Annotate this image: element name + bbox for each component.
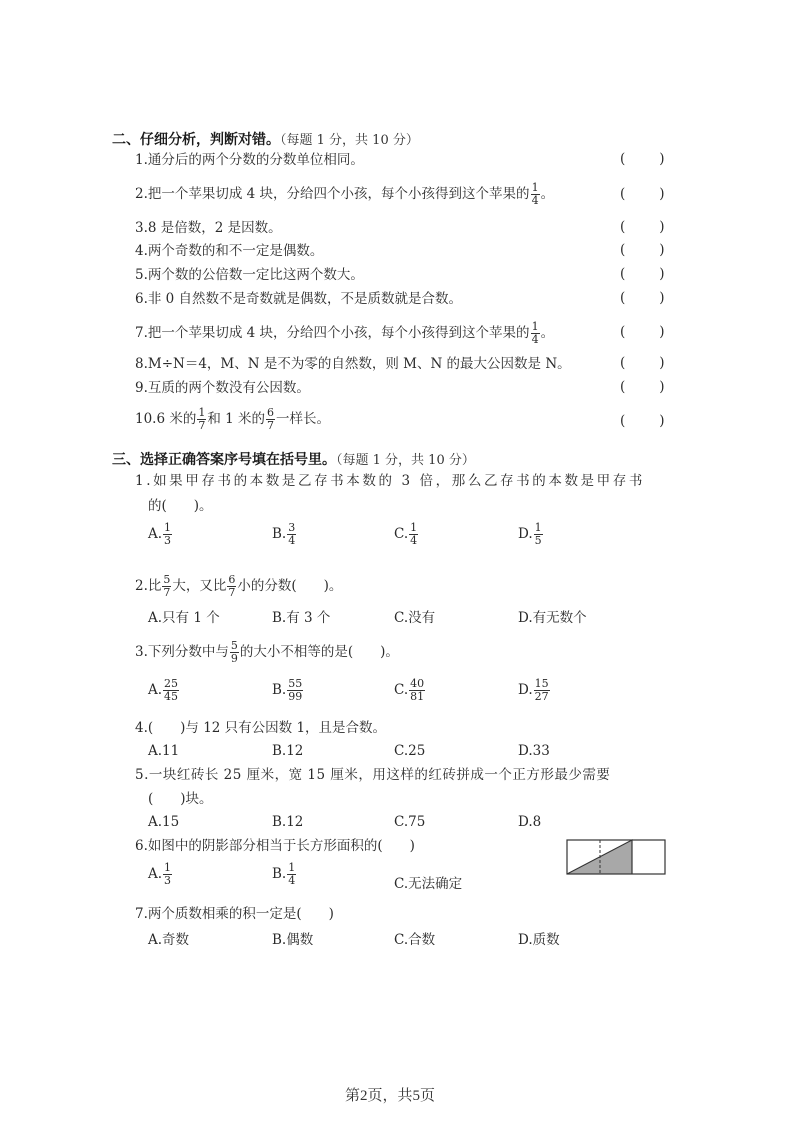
section-2-score-note: （每题 1 分，共 10 分） — [280, 133, 419, 148]
page-number: 第2页，共5页 — [345, 1084, 435, 1105]
q4-option-a[interactable]: A.11 — [148, 743, 179, 759]
judge-item-3: 3.8 是倍数，2 是因数。 — [135, 219, 282, 237]
section-3-title: 三、选择正确答案序号填在括号里。 — [112, 452, 336, 468]
item-text: 和 1 米的 — [207, 411, 265, 427]
numerator: 15 — [534, 678, 550, 690]
numerator: 6 — [227, 574, 236, 586]
numerator: 1 — [197, 407, 206, 419]
denominator: 7 — [227, 586, 236, 599]
item-text: 3.8 是倍数，2 是因数。 — [135, 220, 282, 236]
q3-option-b[interactable]: B.5599 — [272, 678, 304, 703]
numerator: 55 — [287, 678, 303, 690]
answer-blank-8[interactable]: () — [620, 355, 665, 371]
paren-close: ) — [659, 379, 664, 395]
item-text: 4.两个奇数的和不一定是偶数。 — [135, 243, 323, 259]
choice-question-3: 3.下列分数中与59的大小不相等的是( )。 — [135, 640, 399, 665]
option-label: B. — [272, 866, 286, 882]
judge-item-5: 5.两个数的公倍数一定比这两个数大。 — [135, 266, 364, 284]
paren-close: ) — [659, 151, 664, 167]
answer-blank-4[interactable]: () — [620, 242, 665, 258]
question-text: 的大小不相等的是( )。 — [240, 644, 399, 660]
q4-option-c[interactable]: C.25 — [394, 743, 425, 759]
q7-option-c[interactable]: C.合数 — [394, 928, 435, 948]
fraction: 5599 — [287, 678, 303, 703]
section-3-heading: 三、选择正确答案序号填在括号里。（每题 1 分，共 10 分） — [112, 449, 475, 469]
paren-close: ) — [659, 324, 664, 340]
q1-option-a[interactable]: A.13 — [148, 522, 173, 547]
paren-close: ) — [659, 219, 664, 235]
fraction: 14 — [287, 862, 296, 887]
judge-item-6: 6.非 0 自然数不是奇数就是偶数，不是质数就是合数。 — [135, 290, 462, 308]
denominator: 4 — [531, 194, 540, 207]
item-text: 。 — [541, 325, 555, 341]
fraction: 2545 — [163, 678, 179, 703]
question-text: 小的分数( )。 — [237, 578, 342, 594]
choice-question-5-cont: ( )块。 — [148, 790, 213, 808]
section-3-score-note: （每题 1 分，共 10 分） — [336, 453, 475, 468]
option-label: D. — [518, 682, 533, 698]
q6-option-c[interactable]: C.无法确定 — [394, 872, 462, 892]
item-text: 2.把一个苹果切成 4 块，分给四个小孩，每个小孩得到这个苹果的 — [135, 186, 530, 202]
option-label: A. — [148, 866, 162, 882]
denominator: 7 — [266, 419, 275, 432]
denominator: 7 — [162, 586, 171, 599]
q7-option-a[interactable]: A.奇数 — [148, 928, 189, 948]
option-label: C. — [394, 682, 408, 698]
paren-open: ( — [620, 151, 625, 167]
numerator: 1 — [531, 321, 540, 333]
shaded-rectangle-figure — [565, 838, 667, 876]
q5-option-b[interactable]: B.12 — [272, 814, 303, 830]
q7-option-b[interactable]: B.偶数 — [272, 928, 313, 948]
numerator: 1 — [534, 522, 543, 534]
item-text: 7.把一个苹果切成 4 块，分给四个小孩，每个小孩得到这个苹果的 — [135, 325, 530, 341]
q2-option-a[interactable]: A.只有 1 个 — [148, 606, 220, 626]
fraction: 4081 — [409, 678, 425, 703]
fraction: 57 — [162, 574, 171, 599]
judge-item-10: 10.6 米的17和 1 米的67一样长。 — [135, 407, 330, 432]
denominator: 3 — [163, 874, 172, 887]
item-text: 5.两个数的公倍数一定比这两个数大。 — [135, 267, 364, 283]
numerator: 1 — [531, 182, 540, 194]
answer-blank-5[interactable]: () — [620, 266, 665, 282]
denominator: 4 — [287, 874, 296, 887]
item-text: 9.互质的两个数没有公因数。 — [135, 380, 310, 396]
q6-option-a[interactable]: A.13 — [148, 862, 173, 887]
item-text: 1.通分后的两个分数的分数单位相同。 — [135, 152, 364, 168]
q5-option-d[interactable]: D.8 — [518, 814, 541, 830]
denominator: 45 — [163, 690, 179, 703]
choice-question-7: 7.两个质数相乘的积一定是( ) — [135, 905, 334, 923]
choice-question-5: 5.一块红砖长 25 厘米，宽 15 厘米，用这样的红砖拼成一个正方形最少需要 — [135, 766, 610, 784]
question-text: 3.下列分数中与 — [135, 644, 229, 660]
denominator: 5 — [534, 534, 543, 547]
q5-option-a[interactable]: A.15 — [148, 814, 179, 830]
answer-blank-7[interactable]: () — [620, 324, 665, 340]
answer-blank-6[interactable]: () — [620, 290, 665, 306]
choice-question-6: 6.如图中的阴影部分相当于长方形面积的( ) — [135, 837, 415, 855]
fraction: 14 — [409, 522, 418, 547]
numerator: 6 — [266, 407, 275, 419]
numerator: 1 — [163, 862, 172, 874]
denominator: 81 — [409, 690, 425, 703]
paren-open: ( — [620, 324, 625, 340]
question-text: 5.一块红砖长 25 厘米，宽 15 厘米，用这样的红砖拼成一个正方形最少需要 — [135, 767, 610, 783]
numerator: 1 — [287, 862, 296, 874]
q4-option-d[interactable]: D.33 — [518, 743, 550, 759]
answer-blank-2[interactable]: () — [620, 186, 665, 202]
question-text: 2.比 — [135, 578, 161, 594]
numerator: 5 — [162, 574, 171, 586]
choice-question-1: 1.如果甲存书的本数是乙存书本数的 3 倍，那么乙存书的本数是甲存书 — [135, 472, 645, 490]
fraction: 17 — [197, 407, 206, 432]
judge-item-4: 4.两个奇数的和不一定是偶数。 — [135, 242, 323, 260]
item-text: 10.6 米的 — [135, 411, 196, 427]
paren-open: ( — [620, 355, 625, 371]
paren-open: ( — [620, 266, 625, 282]
paren-open: ( — [620, 186, 625, 202]
q7-option-d[interactable]: D.质数 — [518, 928, 560, 948]
paren-close: ) — [659, 413, 664, 429]
section-2-heading: 二、仔细分析，判断对错。（每题 1 分，共 10 分） — [112, 129, 419, 149]
judge-item-7: 7.把一个苹果切成 4 块，分给四个小孩，每个小孩得到这个苹果的14。 — [135, 321, 554, 346]
choice-question-2: 2.比57大，又比67小的分数( )。 — [135, 574, 342, 599]
q5-option-c[interactable]: C.75 — [394, 814, 425, 830]
fraction: 13 — [163, 862, 172, 887]
paren-open: ( — [620, 242, 625, 258]
denominator: 9 — [230, 652, 239, 665]
q2-option-d[interactable]: D.有无数个 — [518, 606, 587, 626]
q3-option-c[interactable]: C.4081 — [394, 678, 426, 703]
fraction: 14 — [531, 321, 540, 346]
option-label: D. — [518, 526, 533, 542]
item-text: 8.M÷N＝4，M、N 是不为零的自然数，则 M、N 的最大公因数是 N。 — [135, 356, 571, 372]
option-label: B. — [272, 682, 286, 698]
judge-item-1: 1.通分后的两个分数的分数单位相同。 — [135, 151, 364, 169]
paren-open: ( — [620, 379, 625, 395]
option-label: C. — [394, 526, 408, 542]
numerator: 1 — [409, 522, 418, 534]
q3-option-d[interactable]: D.1527 — [518, 678, 551, 703]
section-2-title: 二、仔细分析，判断对错。 — [112, 132, 280, 148]
paren-close: ) — [659, 266, 664, 282]
denominator: 4 — [409, 534, 418, 547]
paren-open: ( — [620, 290, 625, 306]
option-label: A. — [148, 526, 162, 542]
q2-option-c[interactable]: C.没有 — [394, 606, 435, 626]
q1-option-c[interactable]: C.14 — [394, 522, 419, 547]
option-label: A. — [148, 682, 162, 698]
numerator: 40 — [409, 678, 425, 690]
denominator: 3 — [163, 534, 172, 547]
fraction: 15 — [534, 522, 543, 547]
judge-item-8: 8.M÷N＝4，M、N 是不为零的自然数，则 M、N 的最大公因数是 N。 — [135, 355, 571, 373]
judge-item-2: 2.把一个苹果切成 4 块，分给四个小孩，每个小孩得到这个苹果的14。 — [135, 182, 554, 207]
question-text: 7.两个质数相乘的积一定是( ) — [135, 906, 334, 922]
answer-blank-3[interactable]: () — [620, 219, 665, 235]
q2-option-b[interactable]: B.有 3 个 — [272, 606, 330, 626]
paren-close: ) — [659, 186, 664, 202]
fraction: 14 — [531, 182, 540, 207]
paren-open: ( — [620, 413, 625, 429]
q1-option-d[interactable]: D.15 — [518, 522, 544, 547]
denominator: 99 — [287, 690, 303, 703]
denominator: 4 — [531, 333, 540, 346]
denominator: 4 — [287, 534, 296, 547]
answer-blank-1[interactable]: () — [620, 151, 665, 167]
paren-open: ( — [620, 219, 625, 235]
denominator: 7 — [197, 419, 206, 432]
item-text: 一样长。 — [276, 411, 330, 427]
fraction: 34 — [287, 522, 296, 547]
fraction: 13 — [163, 522, 172, 547]
question-text: 的( )。 — [148, 498, 213, 514]
question-text: 1.如果甲存书的本数是乙存书本数的 3 倍，那么乙存书的本数是甲存书 — [135, 473, 645, 489]
judge-item-9: 9.互质的两个数没有公因数。 — [135, 379, 310, 397]
answer-blank-9[interactable]: () — [620, 379, 665, 395]
choice-question-4: 4.( )与 12 只有公因数 1，且是合数。 — [135, 719, 386, 737]
paren-close: ) — [659, 242, 664, 258]
option-label: B. — [272, 526, 286, 542]
paren-close: ) — [659, 355, 664, 371]
q6-option-b[interactable]: B.14 — [272, 862, 297, 887]
q1-option-b[interactable]: B.34 — [272, 522, 297, 547]
question-text: ( )块。 — [148, 791, 213, 807]
numerator: 1 — [163, 522, 172, 534]
paren-close: ) — [659, 290, 664, 306]
answer-blank-10[interactable]: () — [620, 413, 665, 429]
fraction: 59 — [230, 640, 239, 665]
denominator: 27 — [534, 690, 550, 703]
numerator: 3 — [287, 522, 296, 534]
question-text: 6.如图中的阴影部分相当于长方形面积的( ) — [135, 838, 415, 854]
fraction: 67 — [227, 574, 236, 599]
choice-question-1-cont: 的( )。 — [148, 497, 213, 515]
fraction: 67 — [266, 407, 275, 432]
numerator: 5 — [230, 640, 239, 652]
question-text: 大，又比 — [172, 578, 226, 594]
q3-option-a[interactable]: A.2545 — [148, 678, 180, 703]
question-text: 4.( )与 12 只有公因数 1，且是合数。 — [135, 720, 386, 736]
numerator: 25 — [163, 678, 179, 690]
q4-option-b[interactable]: B.12 — [272, 743, 303, 759]
fraction: 1527 — [534, 678, 550, 703]
item-text: 。 — [541, 186, 555, 202]
item-text: 6.非 0 自然数不是奇数就是偶数，不是质数就是合数。 — [135, 291, 462, 307]
